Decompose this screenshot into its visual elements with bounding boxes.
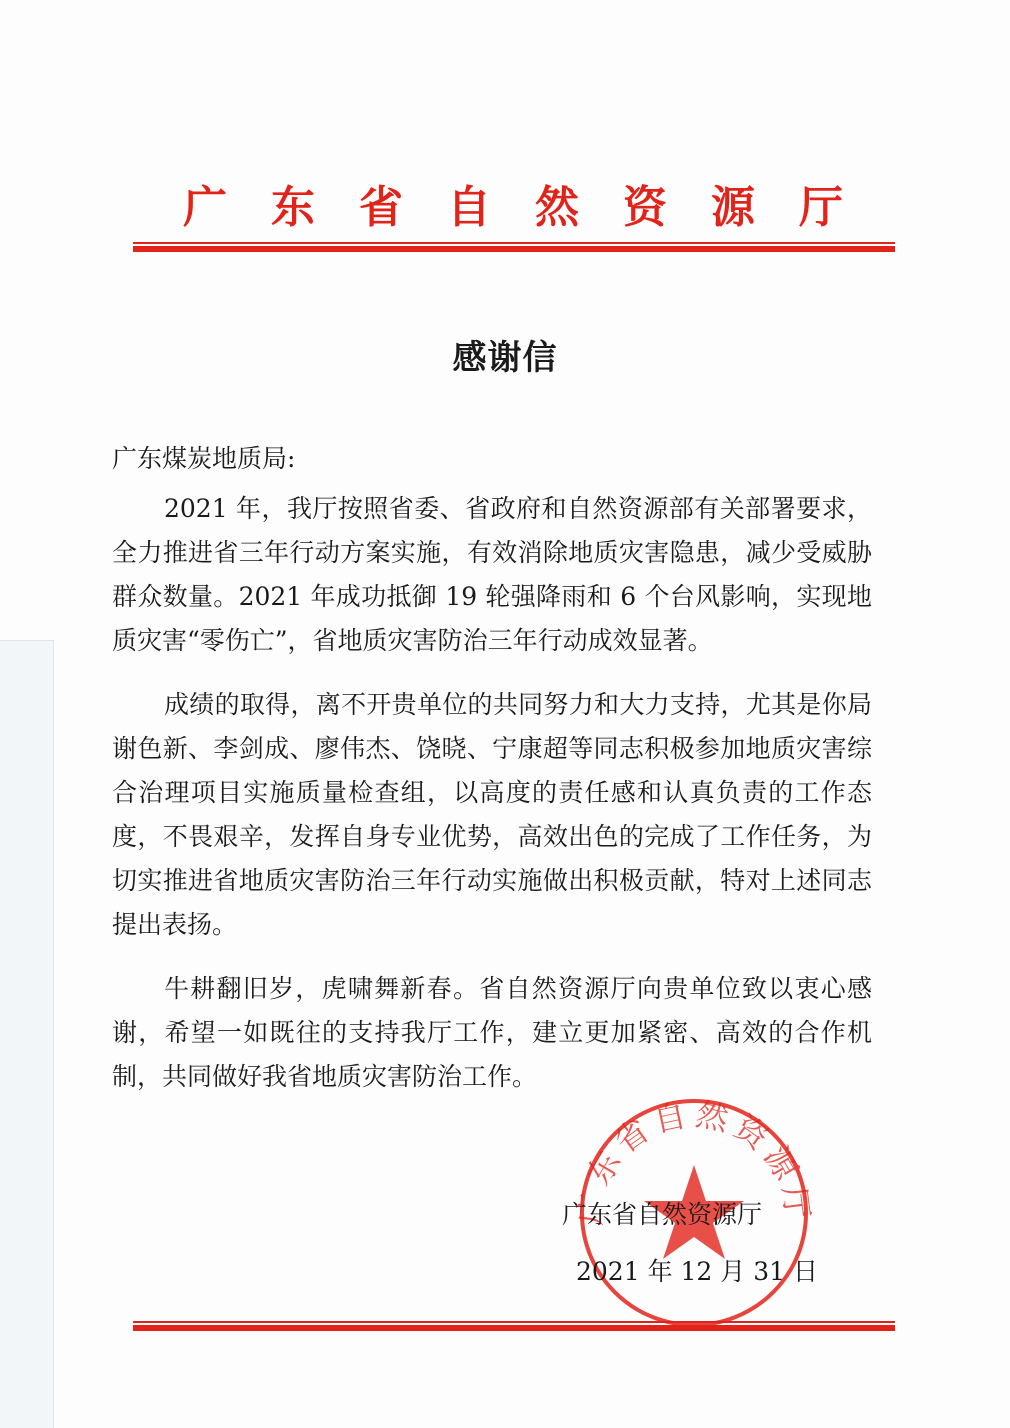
scanned-paper-edge bbox=[0, 640, 54, 1428]
letterhead-char: 自 bbox=[447, 186, 491, 230]
paragraph: 牛耕翻旧岁，虎啸舞新春。省自然资源厅向贵单位致以衷心感谢，希望一如既往的支持我厅… bbox=[112, 967, 872, 1099]
letterhead-char: 省 bbox=[359, 186, 403, 230]
letterhead: 广 东 省 自 然 资 源 厅 bbox=[133, 178, 895, 238]
footer-divider bbox=[133, 1321, 895, 1331]
letterhead-char: 厅 bbox=[799, 186, 843, 230]
letter-body: 广东煤炭地质局: 2021 年，我厅按照省委、省政府和自然资源部有关部署要求，全… bbox=[112, 437, 872, 1119]
letterhead-char: 源 bbox=[711, 186, 755, 230]
letterhead-char: 资 bbox=[623, 186, 667, 230]
paragraph: 成绩的取得，离不开贵单位的共同努力和大力支持，尤其是你局谢色新、李剑成、廖伟杰、… bbox=[112, 683, 872, 947]
letterhead-char: 然 bbox=[535, 186, 579, 230]
document-title: 感谢信 bbox=[0, 330, 1010, 379]
signature-org: 广东省自然资源厅 bbox=[562, 1200, 762, 1230]
signature-date: 2021 年 12 月 31 日 bbox=[576, 1257, 818, 1287]
letterhead-char: 广 bbox=[183, 186, 227, 230]
letterhead-char: 东 bbox=[271, 186, 315, 230]
paragraph: 2021 年，我厅按照省委、省政府和自然资源部有关部署要求，全力推进省三年行动方… bbox=[112, 487, 872, 663]
letterhead-divider bbox=[133, 242, 895, 252]
salutation: 广东煤炭地质局: bbox=[112, 437, 872, 481]
